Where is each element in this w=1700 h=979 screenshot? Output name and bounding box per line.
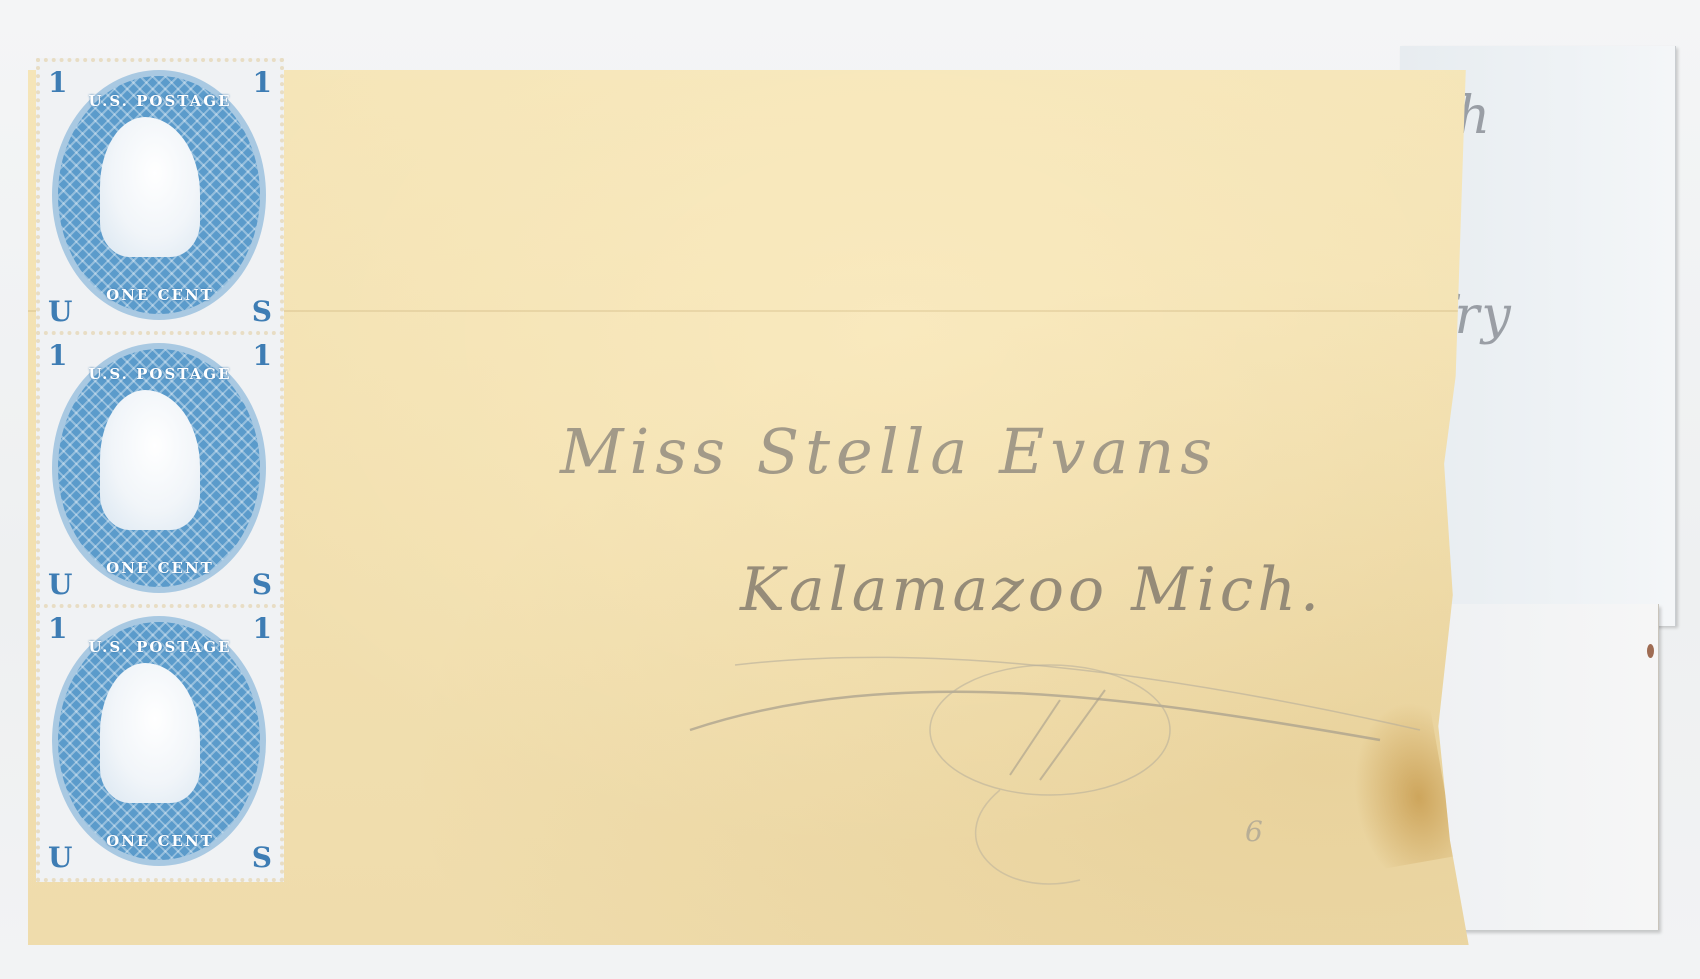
pen-flourish <box>0 0 1700 979</box>
